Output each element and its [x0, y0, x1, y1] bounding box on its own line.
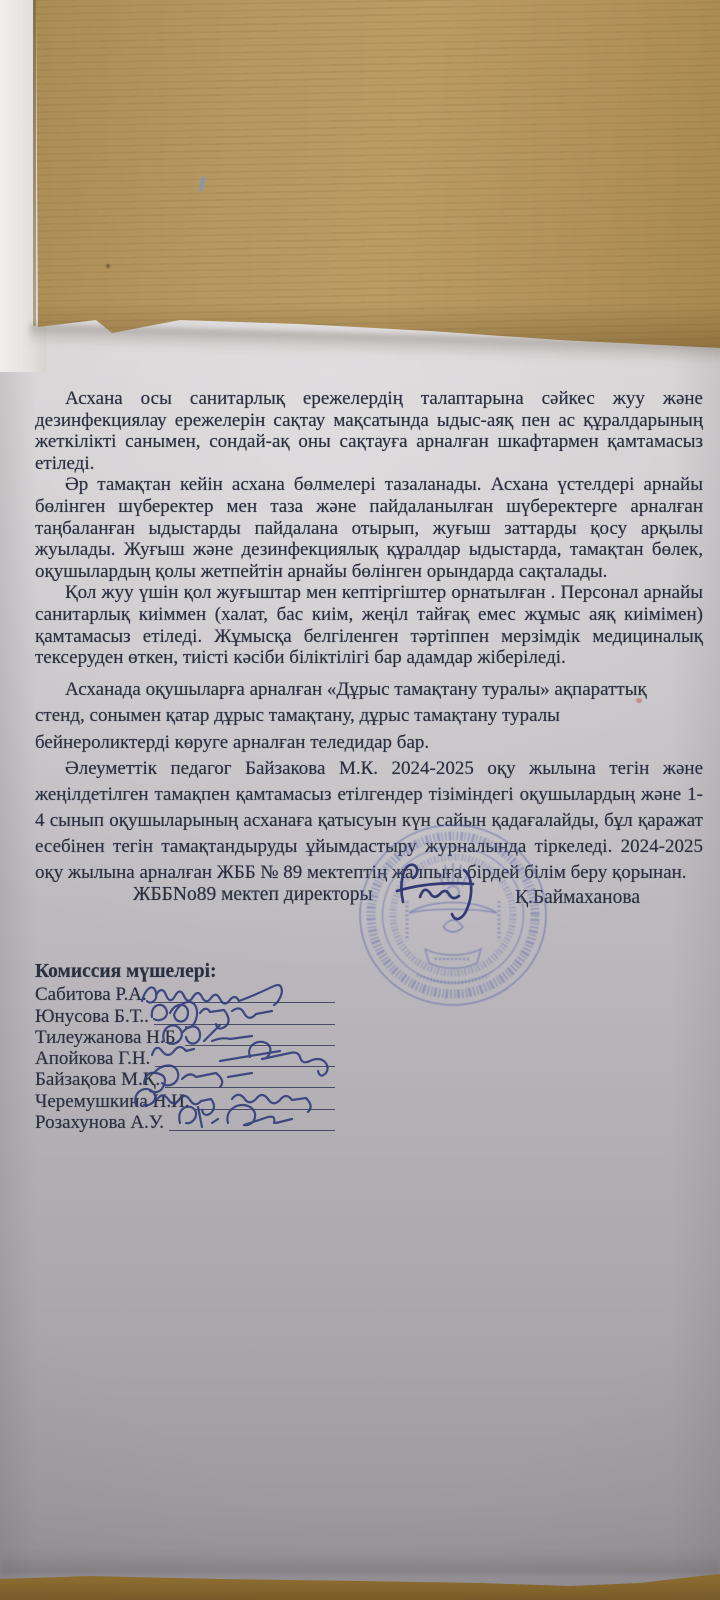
commission-row: Байзақова М.Қ.	[35, 1070, 335, 1091]
commission-block: Комиссия мүшелері: Сабитова Р.А. Юнусова…	[35, 961, 335, 1134]
signature-line	[169, 1130, 335, 1131]
signature-sabitova	[142, 985, 282, 1005]
director-signature	[380, 850, 495, 945]
signature-line	[195, 1109, 335, 1110]
document-body: Асхана осы санитарлық ережелердің талапт…	[35, 388, 703, 886]
member-name: Черемушкина Н.И.	[35, 1091, 190, 1113]
signature-apoikova	[152, 1042, 328, 1076]
folder-left-edge	[33, 0, 36, 326]
folder-cover	[0, 0, 720, 352]
pink-speck	[636, 698, 642, 703]
document-paper	[0, 0, 720, 1600]
signature-baizakova	[144, 1066, 252, 1093]
commission-row: Сабитова Р.А.	[35, 985, 335, 1006]
signature-line	[152, 1002, 335, 1003]
commission-row: Черемушкина Н.И.	[35, 1091, 335, 1112]
signature-cheremushkina	[135, 1089, 310, 1115]
paper-corner-edge	[0, 334, 36, 344]
commission-row: Розахунова А.У.	[35, 1113, 335, 1134]
paragraph: Қол жуу үшін қол жуғыштар мен кептіргішт…	[35, 582, 703, 668]
member-name: Сабитова Р.А.	[35, 984, 147, 1006]
paragraph: Асхана осы санитарлық ережелердің талапт…	[35, 388, 703, 474]
director-name: Қ.Баймаханова	[515, 887, 640, 909]
commission-row: Тилеужанова Н.Б.	[35, 1028, 335, 1049]
member-name: Юнусова Б.Т..	[35, 1006, 149, 1028]
folder-cast-shadow	[29, 324, 720, 365]
table-edge-shadow	[0, 1552, 720, 1574]
table-edge	[0, 1570, 720, 1600]
paragraph: Әлеуметтік педагог Байзакова М.К. 2024-2…	[35, 756, 703, 886]
signature-line	[155, 1066, 335, 1067]
member-name: Розахунова А.У.	[35, 1112, 164, 1134]
commission-signatures	[100, 855, 380, 1145]
member-name: Тилеужанова Н.Б.	[35, 1027, 180, 1049]
signature-line	[165, 1087, 335, 1088]
member-name: Байзақова М.Қ.	[35, 1069, 160, 1091]
round-stamp-icon	[353, 818, 553, 1013]
commission-heading: Комиссия мүшелері:	[35, 961, 335, 983]
paragraph: Әр тамақтан кейін асхана бөлмелері тазал…	[35, 474, 703, 582]
signature-line	[154, 1024, 335, 1025]
underlying-paper-edge	[0, 0, 46, 372]
paragraph: Асханада оқушыларға арналған «Дұрыс тама…	[35, 677, 675, 757]
commission-row: Апойкова Г.Н.	[35, 1049, 335, 1070]
director-title: ЖББNо89 мектеп директоры	[133, 884, 373, 906]
stamp-emblem	[407, 863, 499, 983]
member-name: Апойкова Г.Н.	[35, 1048, 150, 1070]
ink-speck	[199, 176, 206, 192]
signature-yunusova	[152, 1002, 272, 1029]
signature-line	[185, 1045, 335, 1046]
dust-speck	[106, 264, 110, 268]
commission-row: Юнусова Б.Т..	[35, 1006, 335, 1027]
signature-rozakhunova	[179, 1105, 292, 1127]
signature-tileuzhanova	[163, 1025, 252, 1044]
photo-vignette	[0, 0, 720, 1600]
